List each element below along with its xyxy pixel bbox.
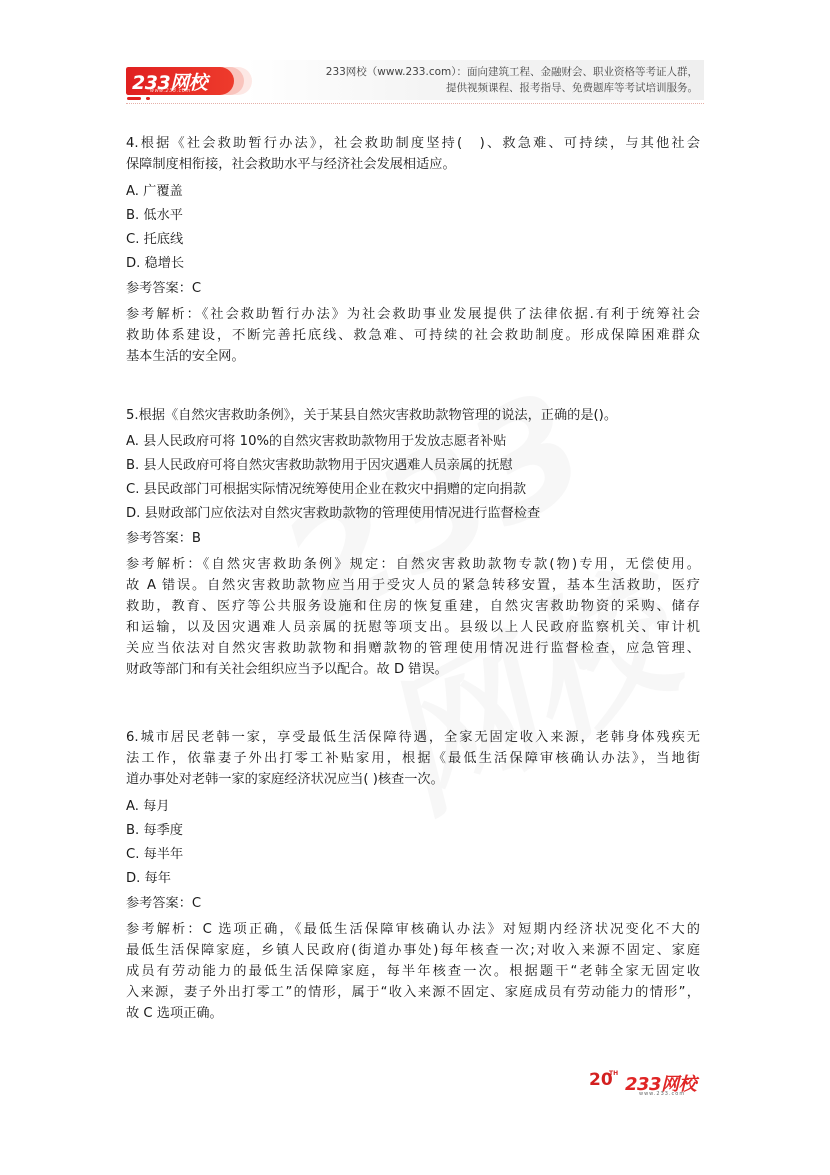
option-d: D. 县财政部门应依法对自然灾害救助款物的管理使用情况进行监督检查 [126,504,540,524]
analysis-line: 故 C 选项正确。 [126,1004,223,1024]
option-c: C. 县民政部门可根据实际情况统筹使用企业在救灾中捐赠的定向捐款 [126,480,526,500]
watermark: 233网校 [257,327,724,753]
option-b: B. 低水平 [126,206,183,226]
logo-url: www.233.com [150,88,191,94]
footer-url: www.233.com [639,1091,685,1097]
analysis-line: 成员有劳动能力的最低生活保障家庭，每半年核查一次。根据题干“老韩全家无固定收 [126,962,700,982]
option-a: A. 县人民政府可将 10%的自然灾害救助款物用于发放志愿者补贴 [126,432,506,452]
analysis-line: 救助，教育、医疗等公共服务设施和住房的恢复重建，自然灾害救助物资的采购、储存 [126,597,700,617]
option-d: D. 每年 [126,869,171,889]
question-stem: 法工作，依靠妻子外出打零工补贴家用，根据《最低生活保障审核确认办法》，当地街 [126,749,700,769]
question-stem: 4.根据《社会救助暂行办法》，社会救助制度坚持( )、救急难、可持续，与其他社会 [126,134,700,154]
analysis-line: 财政等部门和有关社会组织应当予以配合。故 D 错误。 [126,660,448,680]
document-page: 233网校 www.233.com 233网校（www.233.com）：面向建… [0,0,830,1175]
analysis-line: 故 A 错误。自然灾害救助款物应当用于受灾人员的紧急转移安置，基本生活救助，医疗 [126,576,700,596]
question-stem: 保障制度相衔接，社会救助水平与经济社会发展相适应。 [126,155,456,175]
analysis-line: 关应当依法对自然灾害救助款物和捐赠款物的管理使用情况进行监督检查，应急管理、 [126,639,700,659]
option-a: A. 每月 [126,797,170,817]
analysis-line: 最低生活保障家庭，乡镇人民政府(街道办事处)每年核查一次;对收入来源不固定、家庭 [126,941,700,961]
analysis-line: 参考解析：《自然灾害救助条例》规定：自然灾害救助款物专款(物)专用，无偿使用。 [126,555,700,575]
analysis-line: 救助体系建设，不断完善托底线、救急难、可持续的社会救助制度。形成保障困难群众 [126,326,700,346]
slogan-line: 233网校（www.233.com）：面向建筑工程、金融财会、职业资格等考证人群… [326,64,698,80]
header-slogan: 233网校（www.233.com）：面向建筑工程、金融财会、职业资格等考证人群… [326,64,698,96]
logo-dash-decoration [127,97,141,100]
option-d: D. 稳增长 [126,254,184,274]
analysis-line: 入来源，妻子外出打零工”的情形，属于“收入来源不固定、家庭成员有劳动能力的情形”… [126,983,700,1003]
slogan-line: 提供视频课程、报考指导、免费题库等考试培训服务。 [326,80,698,96]
logo-dot-decoration [146,97,150,100]
question-stem: 6.城市居民老韩一家，享受最低生活保障待遇，全家无固定收入来源，老韩身体残疾无 [126,728,700,748]
analysis-line: 参考解析：C 选项正确，《最低生活保障审核确认办法》对短期内经济状况变化不大的 [126,920,700,940]
reference-answer: 参考答案：C [126,894,201,914]
analysis-line: 基本生活的安全网。 [126,347,245,367]
question-stem: 道办事处对老韩一家的家庭经济状况应当( )核查一次。 [126,770,444,790]
page-header: 233网校 www.233.com 233网校（www.233.com）：面向建… [126,60,704,104]
option-c: C. 每半年 [126,845,183,865]
analysis-line: 和运输，以及因灾遇难人员亲属的抚慰等项支出。县级以上人民政府监察机关、审计机 [126,618,700,638]
reference-answer: 参考答案：B [126,529,201,549]
anniversary-suffix: TH [609,1070,618,1077]
brand-logo: 233网校 www.233.com [126,67,234,95]
option-a: A. 广覆盖 [126,182,183,202]
header-divider [126,103,704,104]
footer-logo: 20 TH 233网校 www.233.com [589,1070,709,1098]
option-b: B. 每季度 [126,821,183,841]
reference-answer: 参考答案：C [126,279,201,299]
option-b: B. 县人民政府可将自然灾害救助款物用于因灾遇难人员亲属的抚慰 [126,456,513,476]
question-stem: 5.根据《自然灾害救助条例》，关于某县自然灾害救助款物管理的说法，正确的是()。 [126,406,617,426]
option-c: C. 托底线 [126,230,183,250]
analysis-line: 参考解析：《社会救助暂行办法》为社会救助事业发展提供了法律依据.有利于统筹社会 [126,305,700,325]
